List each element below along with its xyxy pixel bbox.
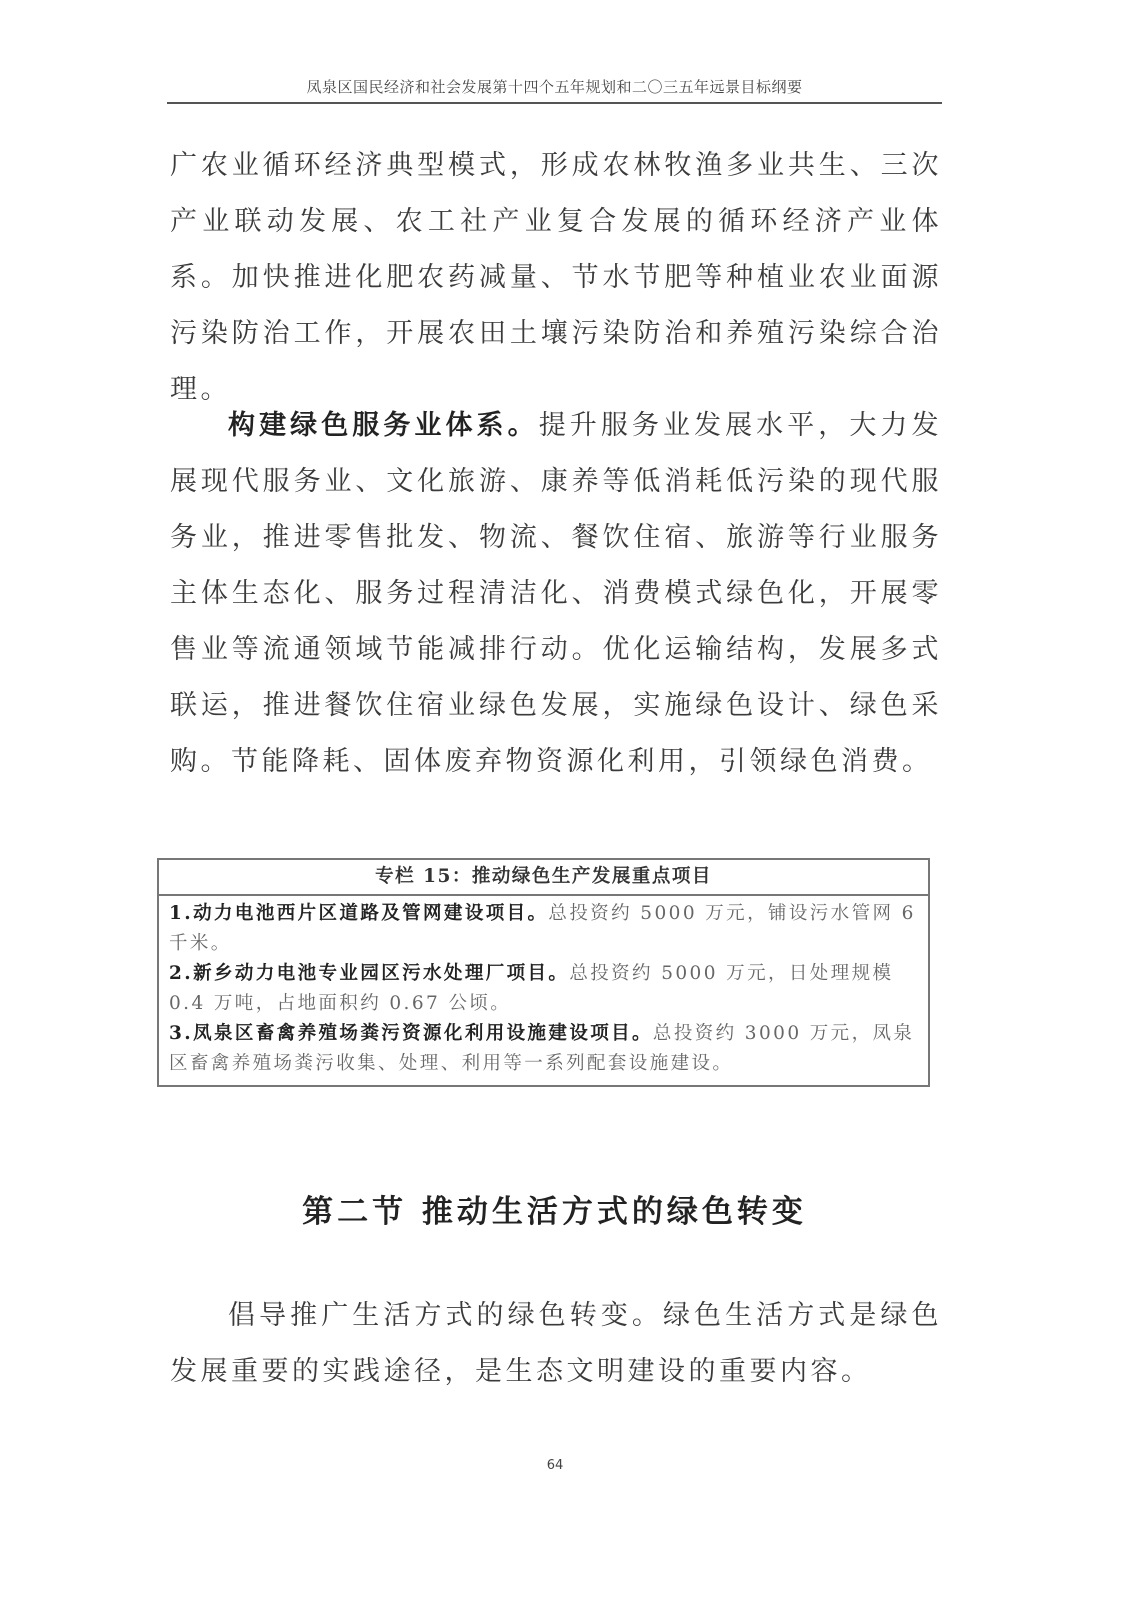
project-item: 3.凤泉区畜禽养殖场粪污资源化利用设施建设项目。总投资约 3000 万元，凤泉区… — [169, 1019, 918, 1079]
running-header-title: 凤泉区国民经济和社会发展第十四个五年规划和二〇三五年远景目标纲要 — [167, 76, 942, 97]
column-box-body: 1.动力电池西片区道路及管网建设项目。总投资约 5000 万元，铺设污水管网 6… — [159, 896, 928, 1085]
paragraph-text: 提升服务业发展水平，大力发展现代服务业、文化旅游、康养等低消耗低污染的现代服务业… — [170, 410, 942, 777]
paragraph-lead-heading: 构建绿色服务业体系。 — [228, 410, 539, 441]
section-heading: 第二节 推动生活方式的绿色转变 — [167, 1186, 942, 1231]
project-item-title: 2.新乡动力电池专业园区污水处理厂项目。 — [169, 963, 569, 984]
project-item-title: 3.凤泉区畜禽养殖场粪污资源化利用设施建设项目。 — [169, 1023, 653, 1044]
body-paragraph-green-services: 构建绿色服务业体系。提升服务业发展水平，大力发展现代服务业、文化旅游、康养等低消… — [170, 398, 942, 790]
header-divider — [167, 102, 942, 104]
feature-column-box: 专栏 15：推动绿色生产发展重点项目 1.动力电池西片区道路及管网建设项目。总投… — [157, 858, 930, 1087]
project-item: 2.新乡动力电池专业园区污水处理厂项目。总投资约 5000 万元，日处理规模 0… — [169, 959, 918, 1019]
project-item: 1.动力电池西片区道路及管网建设项目。总投资约 5000 万元，铺设污水管网 6… — [169, 899, 918, 959]
page-number: 64 — [530, 1458, 580, 1473]
body-paragraph-agriculture: 广农业循环经济典型模式，形成农林牧渔多业共生、三次产业联动发展、农工社产业复合发… — [170, 138, 942, 418]
body-paragraph-green-lifestyle: 倡导推广生活方式的绿色转变。绿色生活方式是绿色发展重要的实践途径，是生态文明建设… — [170, 1288, 942, 1400]
column-box-title: 专栏 15：推动绿色生产发展重点项目 — [159, 860, 928, 896]
project-item-title: 1.动力电池西片区道路及管网建设项目。 — [169, 903, 548, 924]
